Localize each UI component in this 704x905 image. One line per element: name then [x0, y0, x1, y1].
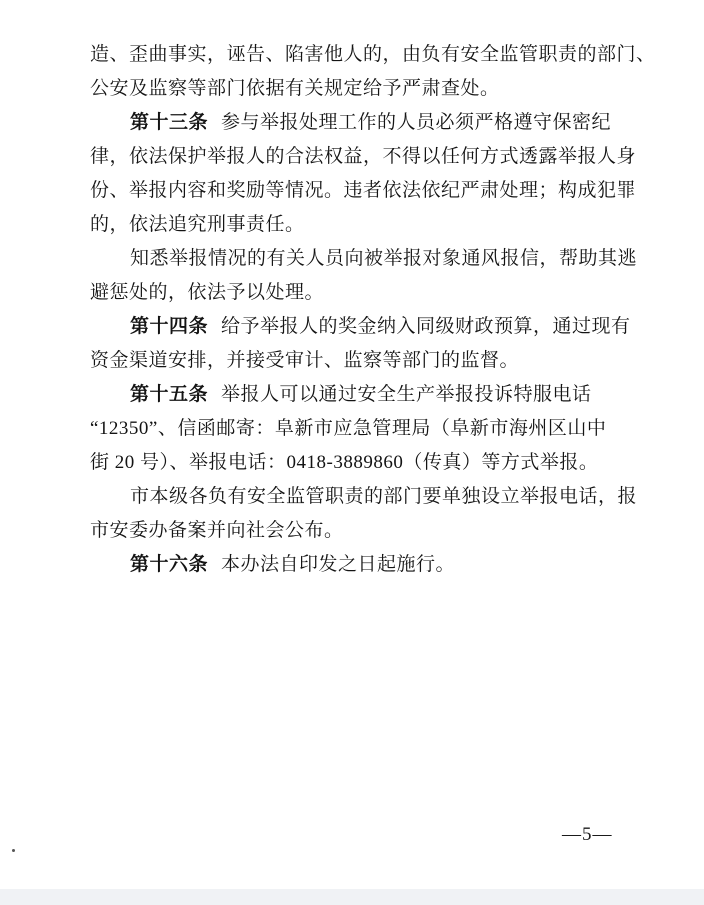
text-line: 的，依法追究刑事责任。: [90, 208, 650, 242]
line-text: 参与举报处理工作的人员必须严格遵守保密纪: [221, 112, 611, 133]
footer-band: [0, 889, 704, 905]
scan-artifact-dot: [12, 849, 15, 852]
text-line: “12350”、信函邮寄：阜新市应急管理局（阜新市海州区山中: [90, 412, 650, 446]
text-line: 市安委办备案并向社会公布。: [90, 514, 650, 548]
text-line: 资金渠道安排，并接受审计、监察等部门的监督。: [90, 344, 650, 378]
line-text: 造、歪曲事实，诬告、陷害他人的，由负有安全监管职责的部门、: [90, 44, 656, 65]
article-heading-line: 第十六条本办法自印发之日起施行。: [90, 548, 650, 582]
text-line: 街 20 号）、举报电话：0418-3889860（传真）等方式举报。: [90, 446, 650, 480]
line-text: 避惩处的，依法予以处理。: [90, 282, 324, 303]
line-text: 市安委办备案并向社会公布。: [90, 520, 344, 541]
page-number: —5—: [562, 824, 613, 846]
document-page: 造、歪曲事实，诬告、陷害他人的，由负有安全监管职责的部门、公安及监察等部门依据有…: [0, 0, 704, 905]
text-line: 避惩处的，依法予以处理。: [90, 276, 650, 310]
line-text: 街 20 号）、举报电话：0418-3889860（传真）等方式举报。: [90, 452, 598, 473]
line-text: 本办法自印发之日起施行。: [221, 554, 455, 575]
article-number: 第十四条: [130, 316, 208, 337]
line-text: 公安及监察等部门依据有关规定给予严肃查处。: [90, 78, 500, 99]
article-number: 第十三条: [130, 112, 208, 133]
document-text-block: 造、歪曲事实，诬告、陷害他人的，由负有安全监管职责的部门、公安及监察等部门依据有…: [90, 38, 650, 582]
article-heading-line: 第十四条给予举报人的奖金纳入同级财政预算，通过现有: [90, 310, 650, 344]
line-text: 资金渠道安排，并接受审计、监察等部门的监督。: [90, 350, 519, 371]
text-line: 知悉举报情况的有关人员向被举报对象通风报信，帮助其逃: [90, 242, 650, 276]
line-text: “12350”、信函邮寄：阜新市应急管理局（阜新市海州区山中: [90, 418, 606, 439]
article-number: 第十六条: [130, 554, 208, 575]
line-text: 知悉举报情况的有关人员向被举报对象通风报信，帮助其逃: [130, 248, 637, 269]
line-text: 律，依法保护举报人的合法权益，不得以任何方式透露举报人身: [90, 146, 636, 167]
text-line: 律，依法保护举报人的合法权益，不得以任何方式透露举报人身: [90, 140, 650, 174]
line-text: 举报人可以通过安全生产举报投诉特服电话: [221, 384, 592, 405]
line-text: 市本级各负有安全监管职责的部门要单独设立举报电话，报: [130, 486, 637, 507]
line-text: 给予举报人的奖金纳入同级财政预算，通过现有: [221, 316, 631, 337]
text-line: 份、举报内容和奖励等情况。违者依法依纪严肃处理；构成犯罪: [90, 174, 650, 208]
article-heading-line: 第十三条参与举报处理工作的人员必须严格遵守保密纪: [90, 106, 650, 140]
article-heading-line: 第十五条举报人可以通过安全生产举报投诉特服电话: [90, 378, 650, 412]
line-text: 份、举报内容和奖励等情况。违者依法依纪严肃处理；构成犯罪: [90, 180, 636, 201]
text-line: 市本级各负有安全监管职责的部门要单独设立举报电话，报: [90, 480, 650, 514]
article-number: 第十五条: [130, 384, 208, 405]
line-text: 的，依法追究刑事责任。: [90, 214, 305, 235]
text-line: 造、歪曲事实，诬告、陷害他人的，由负有安全监管职责的部门、: [90, 38, 650, 72]
text-line: 公安及监察等部门依据有关规定给予严肃查处。: [90, 72, 650, 106]
